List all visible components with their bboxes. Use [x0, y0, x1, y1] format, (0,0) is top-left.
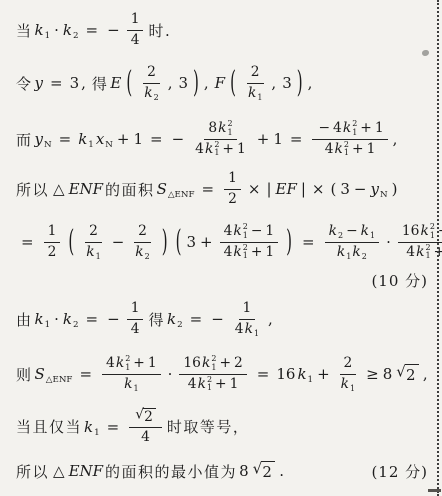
fraction: 2k1 — [337, 355, 359, 392]
math-operator: = — [290, 130, 303, 148]
denominator: k2 — [140, 84, 162, 102]
variable-base: k — [335, 141, 343, 158]
variable-base: k — [63, 21, 72, 39]
fraction: 12 — [224, 170, 241, 207]
math-variable: k1 — [124, 376, 138, 393]
numerator: 4k21−1 — [220, 223, 279, 242]
number: 2 — [251, 64, 260, 81]
cjk-text: 的面积 — [105, 179, 155, 200]
math-operator: | — [301, 180, 306, 198]
math-variable: E — [110, 74, 121, 92]
subscript: 1 — [88, 140, 94, 150]
variable-base: k — [144, 85, 152, 102]
math-operator: = — [86, 21, 99, 39]
numerator: 2 — [134, 223, 151, 242]
math-variable: k21 — [218, 120, 232, 137]
denominator: 4 — [127, 320, 144, 338]
sub-sup-stack: 21 — [243, 223, 248, 240]
numerator: √2 — [129, 408, 162, 428]
math-variable: y — [35, 74, 43, 92]
fraction: 2k1 — [244, 64, 266, 101]
fraction: 14k1 — [231, 300, 263, 337]
big-paren: ( — [176, 223, 182, 259]
radical-sign: √ — [253, 461, 263, 478]
variable-base: k — [35, 21, 44, 39]
fraction: 8k214k21+1 — [191, 120, 250, 157]
math-operator: = — [21, 233, 34, 251]
subscript: N — [380, 190, 388, 200]
subscript: 1 — [94, 428, 100, 438]
formula-line-2: 令y=3,得E(2k2,3),F(2k1,3), — [16, 58, 428, 108]
math-variable: yN — [35, 130, 52, 148]
denominator: 4k21+1 — [184, 375, 243, 393]
math-operator: + — [317, 365, 330, 383]
number: 1 — [48, 223, 57, 240]
formula-line-3: 而yN=k1xN+1=−8k214k21+1+1=−4k21+14k21+1, — [16, 114, 428, 164]
math-expression: 则S△ENF=4k21+1k1·16k21+24k21+1=16k1+2k1≥8… — [16, 355, 432, 392]
document-page: 当k1·k2=−14时. 令y=3,得E(2k2,3),F(2k1,3), 而y… — [0, 0, 442, 496]
math-variable: k1 — [337, 244, 351, 261]
denominator: k1 — [244, 84, 266, 102]
subscript: 1 — [370, 231, 375, 241]
math-expression: 当且仅当k1=√24时取等号， — [16, 408, 249, 446]
variable-base: k — [361, 223, 369, 240]
math-variable: k21 — [116, 355, 130, 372]
number: 1 — [367, 141, 376, 158]
number: 16 — [402, 223, 420, 240]
number: 4 — [224, 223, 233, 240]
math-operator: − — [318, 120, 330, 137]
math-operator: + — [133, 355, 145, 372]
math-operator: | — [266, 180, 271, 198]
math-operator: + — [257, 130, 270, 148]
subscript: △ENF — [46, 375, 73, 385]
math-operator: . — [279, 462, 284, 480]
fraction: k2−k1k1k2 — [325, 223, 380, 260]
math-operator: · — [54, 310, 59, 328]
variable-base: k — [416, 244, 424, 261]
denominator: k1 — [337, 375, 359, 393]
subscript: 1 — [257, 93, 262, 103]
number: 4 — [131, 32, 140, 49]
math-operator: , — [81, 74, 86, 92]
math-variable: k2 — [329, 223, 343, 240]
subscript: 1 — [430, 232, 435, 240]
math-operator: △ — [53, 462, 65, 480]
numerator: 1 — [127, 11, 144, 30]
number: 1 — [375, 120, 384, 137]
denominator: k1 — [82, 243, 104, 261]
math-operator: × — [248, 180, 261, 198]
number: 4 — [141, 429, 150, 446]
number: 2 — [147, 64, 156, 81]
variable-base: ENF — [69, 462, 103, 480]
math-variable: ENF — [69, 462, 103, 480]
cjk-text: 的面积的最小值为 — [105, 461, 237, 482]
math-variable: k1 — [84, 418, 100, 436]
subscript: 2 — [73, 31, 79, 41]
variable-base: k — [78, 130, 87, 148]
radical-sign: √ — [396, 364, 406, 381]
variable-base: k — [202, 355, 210, 372]
fraction: 2k2 — [131, 223, 153, 260]
subscript: 1 — [308, 375, 314, 385]
subscript: N — [44, 140, 52, 150]
subscript: 1 — [425, 252, 430, 260]
big-paren: ) — [286, 223, 292, 259]
number: 1 — [230, 376, 239, 393]
fraction: −4k21+14k21+1 — [312, 120, 387, 157]
math-operator: + — [117, 130, 130, 148]
variable-base: k — [233, 244, 241, 261]
fraction: 14 — [127, 11, 144, 48]
number: 3 — [178, 74, 188, 92]
fraction: 2k2 — [140, 64, 162, 101]
variable-base: k — [341, 376, 349, 393]
scan-corner-mark — [428, 489, 441, 492]
number: 1 — [131, 11, 140, 28]
variable-base: k — [124, 376, 132, 393]
number: 3 — [70, 74, 80, 92]
number: 4 — [224, 244, 233, 261]
radicand: 2 — [143, 408, 156, 426]
variable-base: S — [157, 180, 167, 198]
sub-sup-stack: 21 — [228, 120, 233, 137]
math-variable: k2 — [63, 21, 79, 39]
score-label-10: (10 分) — [371, 270, 428, 291]
variable-base: k — [86, 244, 94, 261]
math-variable: k2 — [144, 85, 158, 102]
denominator: 2 — [224, 190, 241, 208]
subscript: 2 — [145, 252, 150, 262]
math-variable: S△ENF — [157, 180, 195, 198]
subscript: N — [105, 140, 113, 150]
variable-base: k — [420, 223, 428, 240]
denominator: 2 — [44, 243, 61, 261]
fraction: 2k1 — [82, 223, 104, 260]
math-variable: k21 — [343, 120, 357, 137]
subscript: 2 — [154, 93, 159, 103]
subscript: 1 — [125, 364, 130, 372]
cjk-text: 时取等号， — [167, 416, 250, 437]
math-operator: , — [393, 130, 398, 148]
math-variable: xN — [96, 130, 113, 148]
numerator: 2 — [85, 223, 102, 242]
variable-base: k — [84, 418, 93, 436]
denominator: k1 — [120, 375, 142, 393]
variable-base: ENF — [69, 180, 103, 198]
math-operator: = — [86, 310, 99, 328]
math-variable: k21 — [198, 376, 212, 393]
math-operator: = — [107, 418, 120, 436]
math-expression: 当k1·k2=−14时. — [16, 11, 171, 48]
subscript: 1 — [350, 384, 355, 394]
fraction: 14 — [127, 300, 144, 337]
cjk-text: 而 — [16, 129, 33, 150]
number: 4 — [188, 376, 197, 393]
math-operator: = — [150, 130, 163, 148]
sqrt-radical: √2 — [135, 408, 156, 426]
variable-base: EF — [276, 180, 297, 198]
cjk-text: 当 — [16, 20, 33, 41]
math-variable: k21 — [420, 223, 434, 240]
math-variable: S△ENF — [35, 365, 73, 383]
denominator: 4 — [137, 428, 154, 446]
math-variable: k2 — [135, 244, 149, 261]
math-variable: k21 — [416, 244, 430, 261]
variable-base: y — [35, 130, 43, 148]
formula-line-10: 所以△ENF的面积的最小值为8√2. (12 分) — [16, 454, 428, 488]
sub-sup-stack: 21 — [125, 355, 130, 372]
math-variable: k1 — [35, 21, 51, 39]
sub-sup-stack: 21 — [214, 141, 219, 158]
numerator: 2 — [340, 355, 357, 374]
big-paren: ) — [193, 64, 199, 100]
variable-base: y — [35, 74, 43, 92]
cjk-text: 当且仅当 — [16, 416, 82, 437]
subscript: 1 — [243, 232, 248, 240]
number: 8 — [383, 365, 393, 383]
math-variable: F — [215, 74, 225, 92]
subscript: 1 — [214, 149, 219, 157]
numerator: 16k21+2 — [179, 355, 246, 374]
numerator: 1 — [44, 223, 61, 242]
math-variable: k21 — [205, 141, 219, 158]
math-variable: k21 — [233, 223, 247, 240]
math-operator: = — [59, 130, 72, 148]
cjk-text: 由 — [16, 309, 33, 330]
fraction: √24 — [129, 408, 162, 446]
math-operator: + — [200, 233, 213, 251]
number: 2 — [228, 191, 237, 208]
math-operator: − — [172, 130, 185, 148]
big-paren: ( — [230, 64, 236, 100]
math-operator: = — [302, 233, 315, 251]
variable-base: k — [337, 244, 345, 261]
numerator: 2 — [247, 64, 264, 83]
radical-sign: √ — [135, 407, 144, 423]
math-operator: ( — [331, 180, 337, 198]
math-operator: × — [312, 180, 325, 198]
math-variable: k2 — [167, 310, 183, 328]
math-variable: ENF — [69, 180, 103, 198]
number: 4 — [406, 244, 415, 261]
numerator: 16k21+2 — [398, 223, 442, 242]
subscript: 1 — [254, 329, 259, 339]
sub-sup-stack: 21 — [352, 120, 357, 137]
variable-base: F — [215, 74, 225, 92]
math-operator: △ — [53, 180, 65, 198]
fraction: 4k21−14k21+1 — [220, 223, 279, 260]
math-operator: ) — [392, 180, 398, 198]
number: 8 — [239, 462, 249, 480]
fraction: 4k21+1k1 — [102, 355, 161, 392]
subscript: 1 — [344, 149, 349, 157]
numerator: 8k21 — [204, 120, 236, 139]
number: 4 — [106, 355, 115, 372]
subscript: 1 — [96, 252, 101, 262]
variable-base: k — [297, 365, 306, 383]
big-paren: ( — [68, 223, 74, 259]
formula-line-1: 当k1·k2=−14时. — [16, 10, 428, 50]
number: 16 — [183, 355, 201, 372]
fraction: 12 — [44, 223, 61, 260]
numerator: 1 — [239, 300, 256, 319]
variable-base: y — [370, 180, 378, 198]
variable-base: k — [248, 85, 256, 102]
variable-base: k — [352, 244, 360, 261]
cjk-text: 所以 — [16, 179, 49, 200]
variable-base: k — [205, 141, 213, 158]
math-operator: − — [107, 21, 120, 39]
subscript: △ENF — [168, 190, 195, 200]
number: 1 — [131, 300, 140, 317]
variable-base: k — [245, 321, 253, 338]
number: 2 — [344, 355, 353, 372]
math-variable: k21 — [233, 244, 247, 261]
fraction: 16k21+24k21+1 — [398, 223, 442, 260]
math-variable: k2 — [352, 244, 366, 261]
denominator: k1k2 — [333, 243, 371, 261]
radicand: 2 — [405, 364, 419, 384]
math-variable: EF — [276, 180, 297, 198]
math-operator: + — [251, 244, 263, 261]
math-expression: =12(2k1−2k2)(3+4k21−14k21+1)=k2−k1k1k2·1… — [16, 223, 442, 260]
subscript: 2 — [362, 252, 367, 262]
number: 4 — [195, 141, 204, 158]
math-variable: k1 — [361, 223, 375, 240]
formula-line-4: 所以△ENF的面积S△ENF=12×|EF|×(3−yN) — [16, 168, 428, 210]
denominator: 4k1 — [231, 320, 263, 338]
subscript: 2 — [338, 231, 343, 241]
formula-line-5: =12(2k1−2k2)(3+4k21−14k21+1)=k2−k1k1k2·1… — [16, 216, 428, 268]
formula-line-9: 当且仅当k1=√24时取等号， — [16, 404, 428, 450]
sub-sup-stack: 21 — [344, 141, 349, 158]
number: 3 — [340, 180, 350, 198]
number: 2 — [89, 223, 98, 240]
variable-base: E — [110, 74, 121, 92]
fraction: 16k21+24k21+1 — [179, 355, 246, 392]
math-operator: − — [251, 223, 263, 240]
math-operator: + — [360, 120, 372, 137]
denominator: 4k21+1 — [321, 140, 380, 158]
numerator: k2−k1 — [325, 223, 380, 242]
math-operator: , — [204, 74, 209, 92]
math-expression: 所以△ENF的面积的最小值为8√2. — [16, 461, 288, 482]
number: 16 — [276, 365, 295, 383]
sub-sup-stack: 21 — [425, 244, 430, 261]
variable-base: k — [135, 244, 143, 261]
math-operator: · — [386, 233, 391, 251]
subscript: 1 — [207, 384, 212, 392]
math-operator: + — [215, 376, 227, 393]
math-operator: , — [168, 74, 173, 92]
variable-base: k — [167, 310, 176, 328]
math-operator: = — [50, 74, 63, 92]
math-expression: 由k1·k2=−14得k2=−14k1, — [16, 300, 277, 337]
cjk-text: 则 — [16, 364, 33, 385]
variable-base: k — [198, 376, 206, 393]
math-operator: − — [346, 223, 358, 240]
big-paren: ) — [162, 223, 168, 259]
subscript: 1 — [45, 31, 51, 41]
score-line-10-points: (10 分) — [16, 268, 428, 292]
subscript: 1 — [346, 252, 351, 262]
numerator: 1 — [127, 300, 144, 319]
cjk-text: 得 — [92, 73, 109, 94]
math-variable: k21 — [335, 141, 349, 158]
cjk-text: 时. — [148, 20, 171, 41]
math-operator: · — [54, 21, 59, 39]
subscript: 2 — [177, 320, 183, 330]
math-operator: , — [423, 365, 428, 383]
variable-base: S — [35, 365, 45, 383]
math-operator: + — [222, 141, 234, 158]
denominator: k2 — [131, 243, 153, 261]
number: 4 — [235, 321, 244, 338]
numerator: 2 — [143, 64, 160, 83]
denominator: 4 — [127, 31, 144, 49]
number: 2 — [234, 355, 243, 372]
big-paren: ( — [126, 64, 132, 100]
number: 3 — [186, 233, 196, 251]
math-operator: = — [79, 365, 92, 383]
math-variable: yN — [370, 180, 387, 198]
math-operator: · — [168, 365, 173, 383]
denominator: 4k21+1 — [220, 243, 279, 261]
number: 1 — [273, 130, 283, 148]
sub-sup-stack: 21 — [207, 376, 212, 393]
number: 4 — [333, 120, 342, 137]
formula-line-8: 则S△ENF=4k21+1k1·16k21+24k21+1=16k1+2k1≥8… — [16, 348, 428, 400]
number: 1 — [265, 244, 274, 261]
subscript: 1 — [228, 129, 233, 137]
numerator: 4k21+1 — [102, 355, 161, 374]
numerator: 1 — [224, 170, 241, 189]
number: 2 — [48, 244, 57, 261]
math-expression: 而yN=k1xN+1=−8k214k21+1+1=−4k21+14k21+1, — [16, 120, 401, 157]
variable-base: k — [35, 310, 44, 328]
subscript: 1 — [133, 384, 138, 394]
formula-line-7: 由k1·k2=−14得k2=−14k1, — [16, 296, 428, 342]
variable-base: k — [343, 120, 351, 137]
subscript: 1 — [243, 252, 248, 260]
number: 1 — [243, 300, 252, 317]
variable-base: k — [63, 310, 72, 328]
math-variable: k1 — [297, 365, 313, 383]
math-expression: 所以△ENF的面积S△ENF=12×|EF|×(3−yN) — [16, 170, 399, 207]
sub-sup-stack: 21 — [211, 355, 216, 372]
page-border-dotted-line — [437, 0, 439, 496]
number: 1 — [265, 223, 274, 240]
math-variable: k1 — [245, 321, 259, 338]
math-operator: = — [257, 365, 270, 383]
math-operator: − — [107, 310, 120, 328]
subscript: 1 — [45, 320, 51, 330]
variable-base: x — [96, 130, 104, 148]
scan-smudge-mark — [422, 50, 429, 56]
sqrt-radical: √2 — [396, 364, 419, 384]
math-variable: k1 — [78, 130, 94, 148]
sub-sup-stack: 21 — [430, 223, 435, 240]
math-operator: = — [190, 310, 203, 328]
big-paren: ) — [297, 64, 303, 100]
math-operator: , — [268, 310, 273, 328]
denominator: 4k21+1 — [191, 140, 250, 158]
math-operator: , — [308, 74, 313, 92]
number: 8 — [208, 120, 217, 137]
math-operator: , — [271, 74, 276, 92]
